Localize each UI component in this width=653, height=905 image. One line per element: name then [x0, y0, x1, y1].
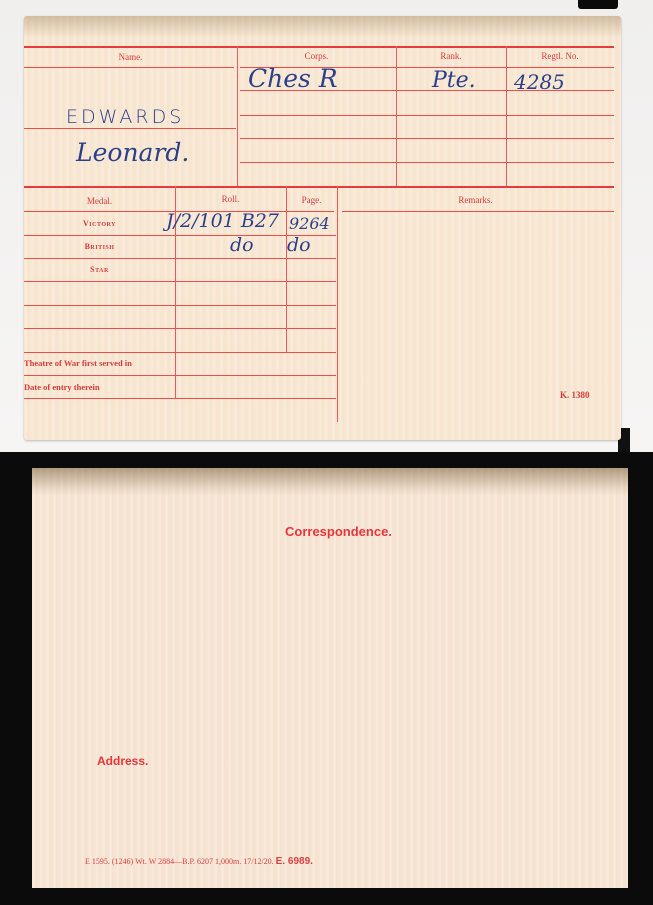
- rule: [24, 258, 336, 259]
- rule: [24, 375, 336, 376]
- remarks-header: Remarks.: [337, 195, 614, 205]
- name-header: Name.: [24, 52, 237, 62]
- printer-imprint: E 1595. (1246) Wt. W 2884—B.P. 6207 1,00…: [85, 856, 313, 867]
- medal-header: Medal.: [24, 196, 175, 206]
- rule: [24, 67, 234, 68]
- roll-entry-british: do: [230, 234, 254, 256]
- date-of-entry-label: Date of entry therein: [24, 382, 100, 392]
- rule: [24, 128, 236, 129]
- rule: [240, 115, 614, 116]
- rule: [240, 162, 614, 163]
- medal-index-card-front: Name. Corps. Rank. Regtl. No. EDWARDS Le…: [24, 16, 621, 440]
- column-divider: [506, 46, 507, 186]
- surname-entry: EDWARDS: [66, 106, 184, 128]
- rule: [240, 138, 614, 139]
- regtl-no-entry: 4285: [514, 70, 565, 94]
- page-entry-victory: 9264: [289, 214, 330, 233]
- medal-british: British: [24, 242, 175, 251]
- regtl-no-header: Regtl. No.: [506, 51, 614, 61]
- medal-index-card-back: Correspondence. Address. E 1595. (1246) …: [32, 468, 628, 888]
- rule: [24, 305, 336, 306]
- scanner-clip: [578, 0, 618, 9]
- roll-entry-victory: J/2/101 B27: [166, 210, 279, 232]
- imprint-code: E. 6989.: [276, 856, 313, 867]
- rule: [24, 328, 336, 329]
- rank-header: Rank.: [396, 51, 506, 61]
- rule: [24, 352, 336, 353]
- column-divider: [286, 186, 287, 352]
- column-divider: [237, 46, 238, 186]
- page-header: Page.: [286, 195, 337, 205]
- forename-entry: Leonard.: [76, 138, 189, 167]
- rule: [24, 398, 336, 399]
- form-code: K. 1380: [560, 390, 590, 400]
- roll-header: Roll.: [175, 194, 286, 204]
- medal-victory: Victory: [24, 219, 175, 228]
- page-entry-british: do: [287, 234, 311, 256]
- rule: [342, 211, 614, 212]
- rank-entry: Pte.: [432, 68, 476, 93]
- column-divider: [396, 46, 397, 186]
- corps-entry: Ches R: [248, 64, 338, 93]
- column-divider: [337, 186, 338, 422]
- rule: [24, 46, 614, 48]
- rule: [24, 281, 336, 282]
- corps-header: Corps.: [237, 51, 396, 61]
- theatre-of-war-label: Theatre of War first served in: [24, 358, 132, 368]
- rule: [24, 186, 614, 188]
- imprint-text: E 1595. (1246) Wt. W 2884—B.P. 6207 1,00…: [85, 857, 274, 866]
- medal-star: Star: [24, 265, 175, 274]
- correspondence-heading: Correspondence.: [285, 524, 392, 539]
- address-label: Address.: [97, 754, 148, 768]
